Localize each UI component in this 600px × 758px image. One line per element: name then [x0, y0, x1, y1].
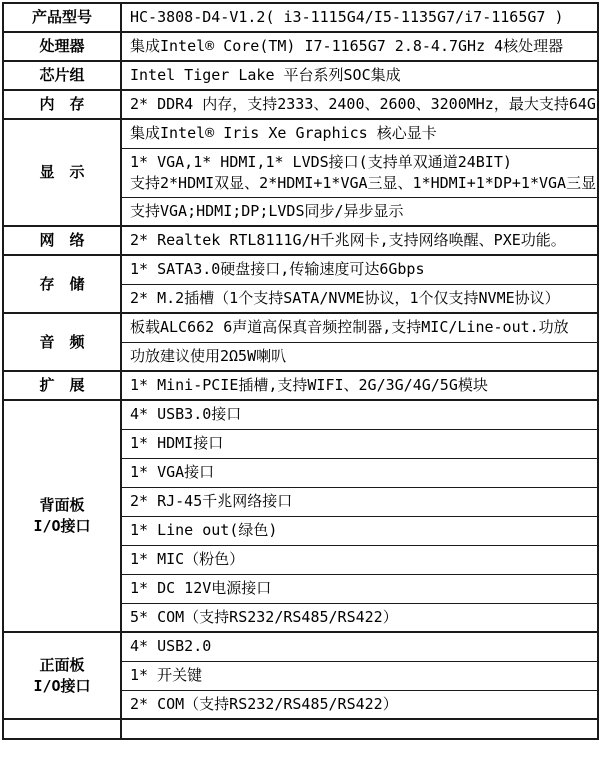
spec-text: 1* DC 12V电源接口: [130, 578, 593, 599]
spec-value-cell: 集成Intel® Iris Xe Graphics 核心显卡: [121, 119, 598, 148]
section-label-cell: [3, 719, 121, 739]
section-label-cell: 芯片组: [3, 61, 121, 90]
section-label: 芯片组: [4, 65, 120, 86]
spec-text: 5* COM（支持RS232/RS485/RS422）: [130, 607, 593, 628]
spec-value-cell: 4* USB2.0: [121, 632, 598, 661]
section-label: 存 储: [4, 274, 120, 295]
spec-text: 4* USB2.0: [130, 636, 593, 657]
spec-text: 1* VGA,1* HDMI,1* LVDS接口(支持单双通道24BIT): [130, 152, 593, 173]
spec-text: 1* 开关键: [130, 665, 593, 686]
spec-value-cell: 2* RJ-45千兆网络接口: [121, 487, 598, 516]
section-label: 处理器: [4, 36, 120, 57]
section-label: 扩 展: [4, 375, 120, 396]
section-label-cell: 网 络: [3, 226, 121, 255]
spec-value-cell: 1* 开关键: [121, 661, 598, 690]
spec-text: 2* M.2插槽（1个支持SATA/NVME协议，1个仅支持NVME协议）: [130, 288, 593, 309]
spec-text: 1* VGA接口: [130, 462, 593, 483]
spec-value-cell: HC-3808-D4-V1.2( i3-1115G4/I5-1135G7/i7-…: [121, 3, 598, 32]
table-row: 处理器集成Intel® Core(TM) I7-1165G7 2.8-4.7GH…: [3, 32, 598, 61]
spec-text: 2* COM（支持RS232/RS485/RS422）: [130, 694, 593, 715]
spec-value-cell: 1* MIC（粉色）: [121, 545, 598, 574]
spec-value-cell: 2* Realtek RTL8111G/H千兆网卡,支持网络唤醒、PXE功能。: [121, 226, 598, 255]
spec-value-cell: 1* Mini-PCIE插槽,支持WIFI、2G/3G/4G/5G模块: [121, 371, 598, 400]
spec-value-cell: 1* DC 12V电源接口: [121, 574, 598, 603]
spec-text: 1* HDMI接口: [130, 433, 593, 454]
spec-value-cell: Intel Tiger Lake 平台系列SOC集成: [121, 61, 598, 90]
section-label: I/O接口: [4, 676, 120, 697]
table-row: 网 络2* Realtek RTL8111G/H千兆网卡,支持网络唤醒、PXE功…: [3, 226, 598, 255]
spec-text: 集成Intel® Core(TM) I7-1165G7 2.8-4.7GHz 4…: [130, 36, 593, 57]
section-label: 正面板: [4, 655, 120, 676]
spec-value-cell: 功放建议使用2Ω5W喇叭: [121, 342, 598, 371]
table-row: 背面板I/O接口4* USB3.0接口: [3, 400, 598, 429]
section-label-cell: 扩 展: [3, 371, 121, 400]
spec-text: 2* RJ-45千兆网络接口: [130, 491, 593, 512]
spec-value-cell: 1* SATA3.0硬盘接口,传输速度可达6Gbps: [121, 255, 598, 284]
spec-text: 板载ALC662 6声道高保真音频控制器,支持MIC/Line-out.功放: [130, 317, 593, 338]
spec-text: 1* MIC（粉色）: [130, 549, 593, 570]
section-label-cell: 音 频: [3, 313, 121, 371]
spec-sheet-page: 产品型号HC-3808-D4-V1.2( i3-1115G4/I5-1135G7…: [0, 0, 600, 758]
spec-value-cell: 1* VGA,1* HDMI,1* LVDS接口(支持单双通道24BIT)支持2…: [121, 148, 598, 197]
spec-text: 1* Line out(绿色): [130, 520, 593, 541]
spec-value-cell: 5* COM（支持RS232/RS485/RS422）: [121, 603, 598, 632]
spec-text: 集成Intel® Iris Xe Graphics 核心显卡: [130, 123, 593, 144]
section-label: 产品型号: [4, 7, 120, 28]
spec-value-cell: 1* VGA接口: [121, 458, 598, 487]
section-label: I/O接口: [4, 516, 120, 537]
table-row: 产品型号HC-3808-D4-V1.2( i3-1115G4/I5-1135G7…: [3, 3, 598, 32]
spec-value-cell: 2* M.2插槽（1个支持SATA/NVME协议，1个仅支持NVME协议）: [121, 284, 598, 313]
spec-text: Intel Tiger Lake 平台系列SOC集成: [130, 65, 593, 86]
section-label-cell: 内 存: [3, 90, 121, 119]
spec-text: 支持VGA;HDMI;DP;LVDS同步/异步显示: [130, 201, 593, 222]
spec-value-cell: 2* DDR4 内存，支持2333、2400、2600、3200MHz，最大支持…: [121, 90, 598, 119]
spec-text: HC-3808-D4-V1.2( i3-1115G4/I5-1135G7/i7-…: [130, 7, 593, 28]
table-row: 正面板I/O接口4* USB2.0: [3, 632, 598, 661]
table-row: 显 示集成Intel® Iris Xe Graphics 核心显卡: [3, 119, 598, 148]
spec-value-cell: [121, 719, 598, 739]
section-label-cell: 存 储: [3, 255, 121, 313]
table-row: 扩 展1* Mini-PCIE插槽,支持WIFI、2G/3G/4G/5G模块: [3, 371, 598, 400]
spec-value-cell: 集成Intel® Core(TM) I7-1165G7 2.8-4.7GHz 4…: [121, 32, 598, 61]
spec-text: 1* Mini-PCIE插槽,支持WIFI、2G/3G/4G/5G模块: [130, 375, 593, 396]
table-row: 内 存2* DDR4 内存，支持2333、2400、2600、3200MHz，最…: [3, 90, 598, 119]
table-row: 存 储1* SATA3.0硬盘接口,传输速度可达6Gbps: [3, 255, 598, 284]
spec-text: 支持2*HDMI双显、2*HDMI+1*VGA三显、1*HDMI+1*DP+1*…: [130, 173, 593, 194]
spec-value-cell: 板载ALC662 6声道高保真音频控制器,支持MIC/Line-out.功放: [121, 313, 598, 342]
section-label: 内 存: [4, 94, 120, 115]
spec-value-cell: 2* COM（支持RS232/RS485/RS422）: [121, 690, 598, 719]
table-row: 芯片组Intel Tiger Lake 平台系列SOC集成: [3, 61, 598, 90]
spec-text: 1* SATA3.0硬盘接口,传输速度可达6Gbps: [130, 259, 593, 280]
spec-table: 产品型号HC-3808-D4-V1.2( i3-1115G4/I5-1135G7…: [2, 2, 599, 740]
spec-value-cell: 1* HDMI接口: [121, 429, 598, 458]
section-label: 显 示: [4, 162, 120, 183]
table-row-partial: [3, 719, 598, 739]
spec-value-cell: 支持VGA;HDMI;DP;LVDS同步/异步显示: [121, 197, 598, 226]
section-label: 网 络: [4, 230, 120, 251]
spec-value-cell: 4* USB3.0接口: [121, 400, 598, 429]
spec-value-cell: 1* Line out(绿色): [121, 516, 598, 545]
section-label-cell: 处理器: [3, 32, 121, 61]
spec-text: 4* USB3.0接口: [130, 404, 593, 425]
table-row: 音 频板载ALC662 6声道高保真音频控制器,支持MIC/Line-out.功…: [3, 313, 598, 342]
section-label: 音 频: [4, 332, 120, 353]
spec-text: 功放建议使用2Ω5W喇叭: [130, 346, 593, 367]
section-label-cell: 正面板I/O接口: [3, 632, 121, 719]
section-label-cell: 显 示: [3, 119, 121, 226]
spec-text: 2* Realtek RTL8111G/H千兆网卡,支持网络唤醒、PXE功能。: [130, 230, 593, 251]
section-label-cell: 产品型号: [3, 3, 121, 32]
section-label-cell: 背面板I/O接口: [3, 400, 121, 632]
spec-text: 2* DDR4 内存，支持2333、2400、2600、3200MHz，最大支持…: [130, 94, 593, 115]
section-label: 背面板: [4, 495, 120, 516]
